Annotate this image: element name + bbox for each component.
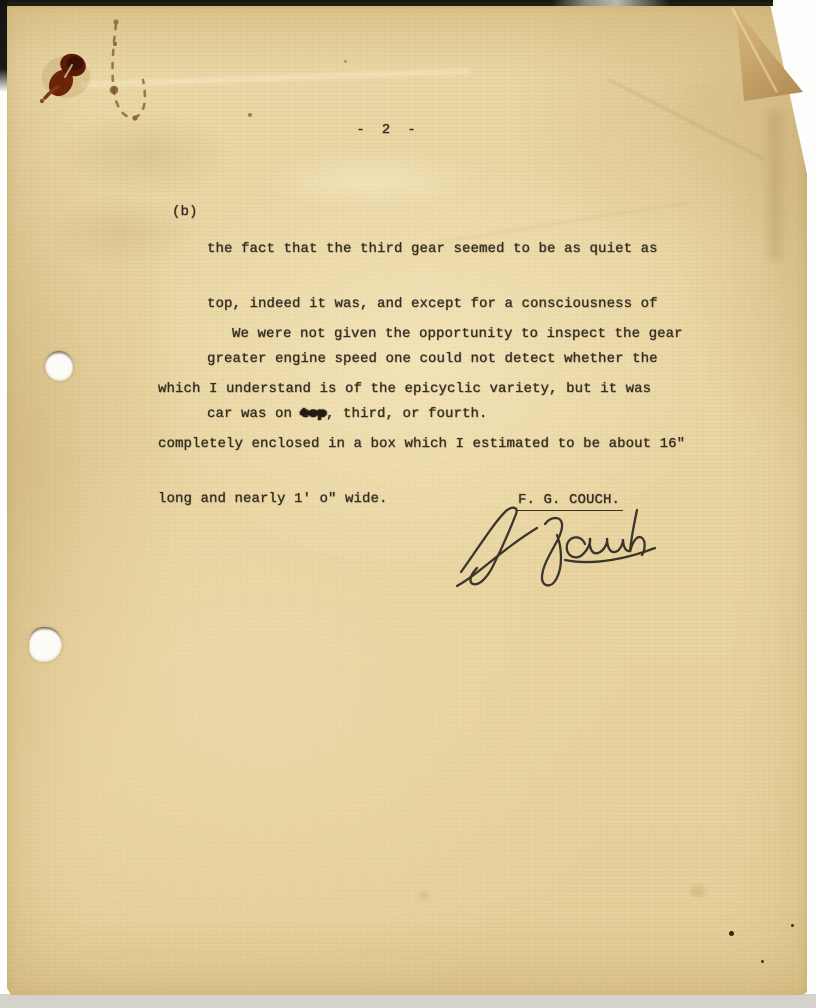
handwritten-signature (449, 498, 661, 594)
rust-stain (28, 44, 100, 116)
scanner-edge-top-grey-patch (552, 0, 670, 6)
text-line: completely enclosed in a box which I est… (158, 435, 685, 453)
text-line: which I understand is of the epicyclic v… (158, 380, 685, 398)
page-number: - 2 - (330, 121, 442, 139)
paragraph-item-b: (b) the fact that the third gear seemed … (172, 203, 206, 277)
dotted-hook-stain (95, 14, 165, 132)
ink-speck (248, 113, 252, 117)
scanner-bottom-strip (0, 994, 816, 1008)
scan-background: - 2 - (b) the fact that the third gear s… (0, 0, 816, 1008)
ink-speck (761, 960, 764, 963)
punch-hole-top (45, 351, 73, 381)
faint-smudge (418, 891, 429, 900)
ink-speck (791, 924, 794, 927)
text-line: We were not given the opportunity to ins… (158, 325, 685, 343)
ink-speck (344, 60, 347, 63)
ink-speck (729, 931, 734, 936)
item-b-label: (b) (172, 203, 198, 221)
scanner-edge-left (0, 0, 7, 92)
text-line: the fact that the third gear seemed to b… (207, 240, 658, 258)
faint-smudge (690, 886, 706, 897)
